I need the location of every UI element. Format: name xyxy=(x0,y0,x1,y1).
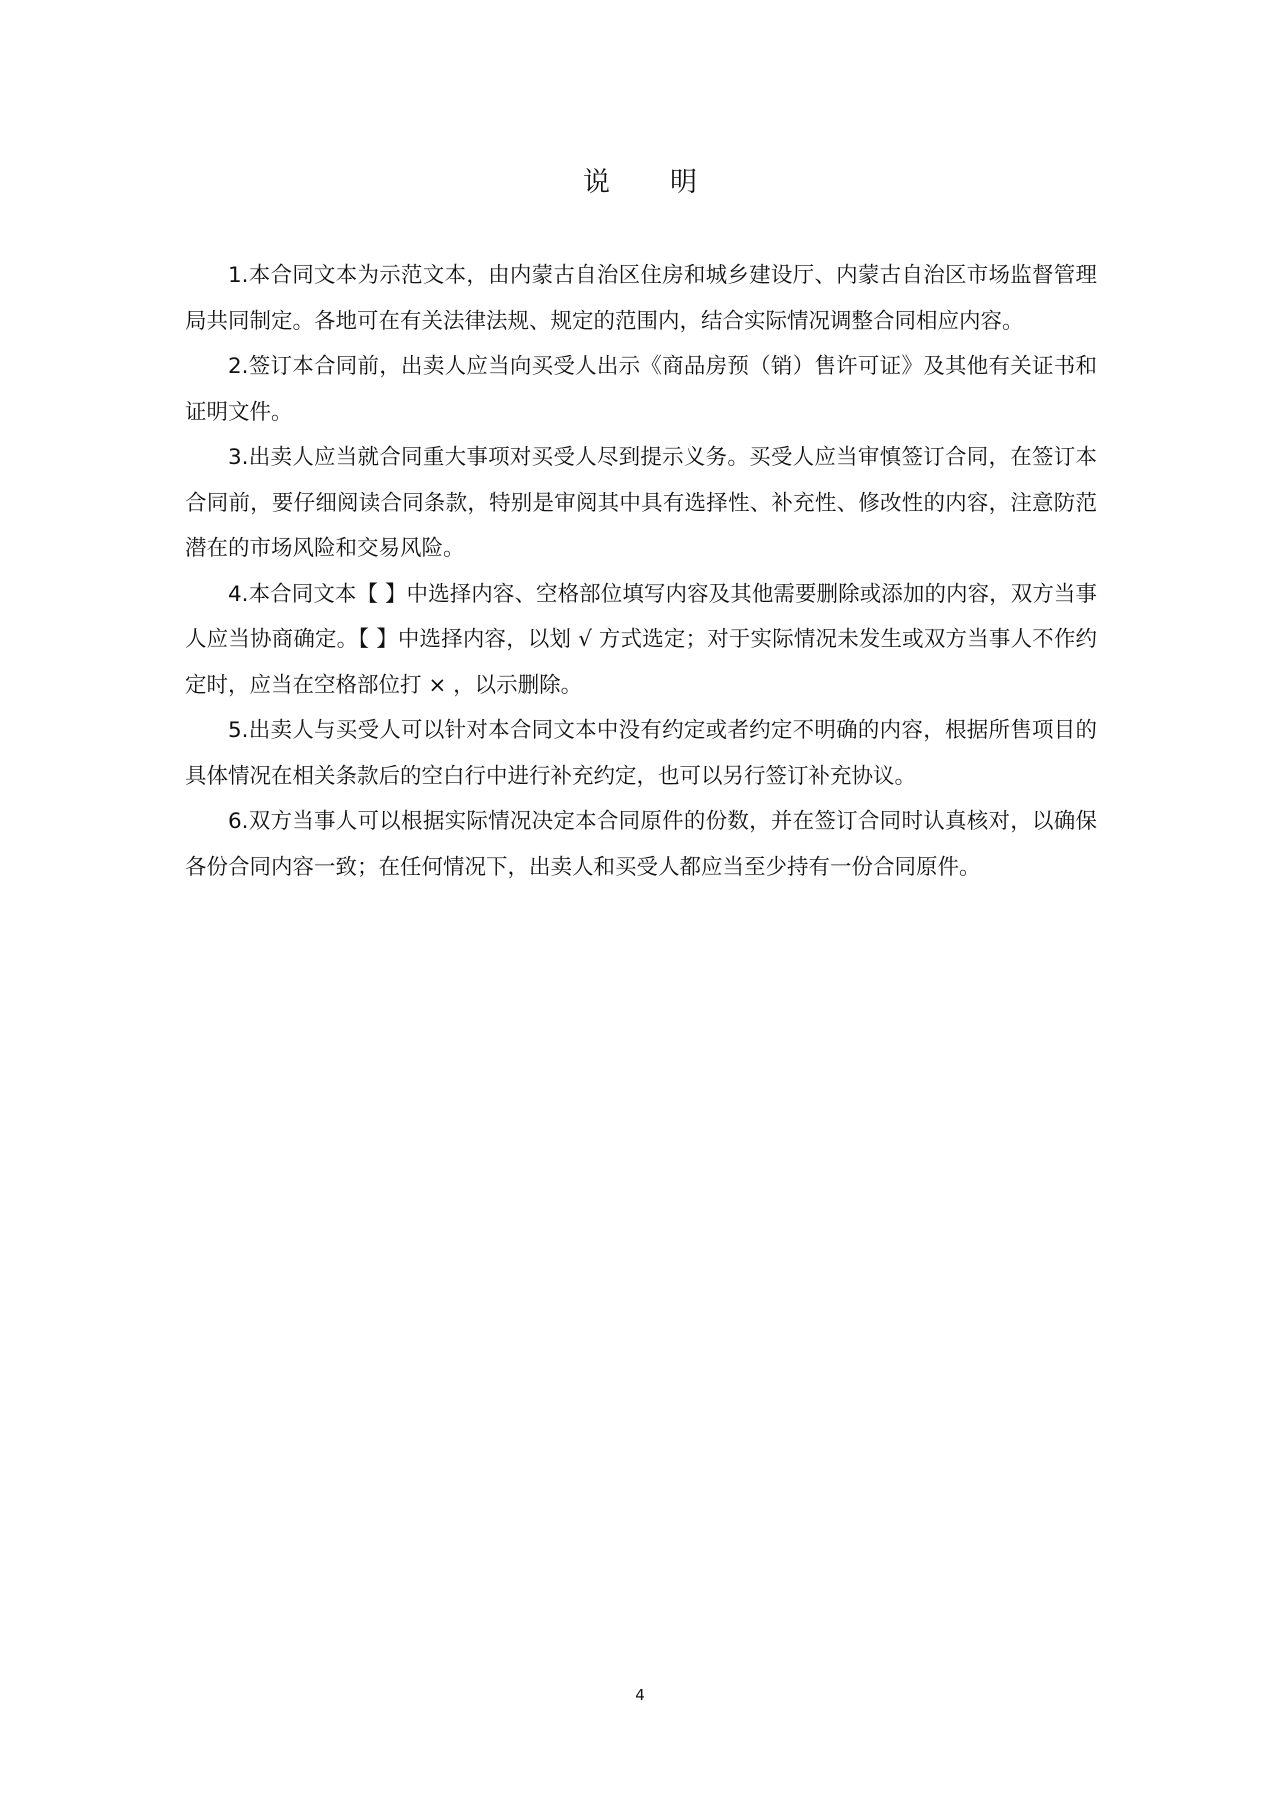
title-char-2: 明 xyxy=(670,167,697,198)
document-page: 说明 1.本合同文本为示范文本，由内蒙古自治区住房和城乡建设厅、内蒙古自治区市场… xyxy=(0,0,1280,1810)
instructions-body: 1.本合同文本为示范文本，由内蒙古自治区住房和城乡建设厅、内蒙古自治区市场监督管… xyxy=(185,253,1097,890)
page-number: 4 xyxy=(0,1683,1280,1707)
paragraph-6: 6.双方当事人可以根据实际情况决定本合同原件的份数，并在签订合同时认真核对，以确… xyxy=(185,799,1097,890)
paragraph-1: 1.本合同文本为示范文本，由内蒙古自治区住房和城乡建设厅、内蒙古自治区市场监督管… xyxy=(185,253,1097,344)
paragraph-4: 4.本合同文本【 】中选择内容、空格部位填写内容及其他需要删除或添加的内容，双方… xyxy=(185,572,1097,709)
page-title: 说明 xyxy=(0,160,1280,206)
title-char-1: 说 xyxy=(583,167,610,198)
paragraph-3: 3.出卖人应当就合同重大事项对买受人尽到提示义务。买受人应当审慎签订合同，在签订… xyxy=(185,435,1097,572)
paragraph-2: 2.签订本合同前，出卖人应当向买受人出示《商品房预（销）售许可证》及其他有关证书… xyxy=(185,344,1097,435)
paragraph-5: 5.出卖人与买受人可以针对本合同文本中没有约定或者约定不明确的内容，根据所售项目… xyxy=(185,708,1097,799)
